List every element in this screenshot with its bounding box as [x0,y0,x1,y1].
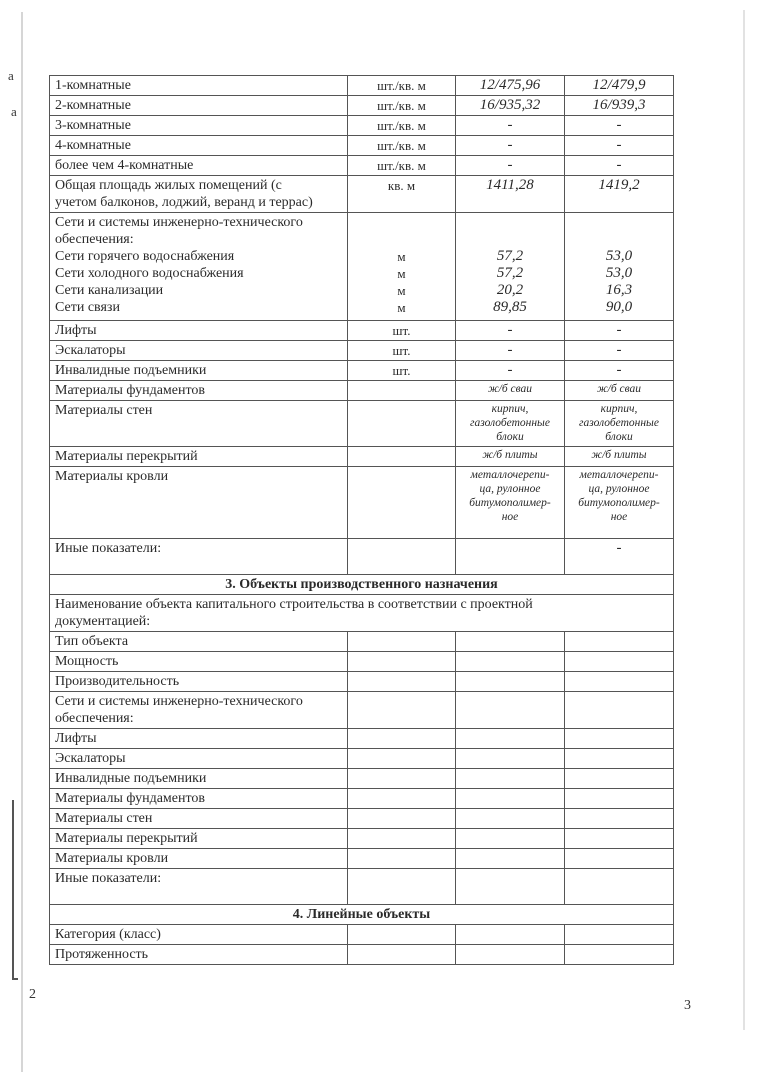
table-row: Иные показатели: [50,869,674,905]
cell-line: 89,85 [461,299,559,316]
cell-line: металлочерепи- [461,468,559,482]
unit-cell [348,467,456,539]
value-cell: - [565,136,674,156]
value-cell: 12/479,9 [565,76,674,96]
table-row: 4-комнатныешт./кв. м-- [50,136,674,156]
cell-line: Сети и системы инженерно-технического [55,693,342,710]
table-cell [348,809,456,829]
table-row: 1-комнатныешт./кв. м12/475,9612/479,9 [50,76,674,96]
row-label: Производительность [50,672,348,692]
table-row: Материалы перекрытий [50,829,674,849]
cell-line: газолобетонные [570,416,668,430]
value-cell: - [456,156,565,176]
table-cell [565,769,674,789]
table-cell [348,829,456,849]
cell-line: м [353,265,450,282]
cell-line: Общая площадь жилых помещений (с [55,177,342,194]
unit-cell: шт./кв. м [348,116,456,136]
row-label: Материалы перекрытий [50,447,348,467]
table-row: Материалы стен [50,809,674,829]
row-label: Инвалидные подъемники [50,361,348,381]
cell-line: документацией: [55,613,668,630]
table-cell [565,729,674,749]
table-cell [565,652,674,672]
section-header: 3. Объекты производственного назначения [50,575,674,595]
table-row: 3-комнатныешт./кв. м-- [50,116,674,136]
value-cell: - [565,116,674,136]
page-fold-line-right [743,10,745,1030]
cell-line: м [353,282,450,299]
table-cell [565,829,674,849]
value-cell: 53,053,016,390,0 [565,213,674,321]
value-cell: 16/935,32 [456,96,565,116]
value-cell: - [456,361,565,381]
table-row: Эскалаторышт.-- [50,341,674,361]
table-cell [456,692,565,729]
cell-line: кирпич, [570,402,668,416]
row-label: Иные показатели: [50,539,348,575]
page-fold-line-left [21,12,23,1072]
value-cell: - [565,341,674,361]
table-row: Сети и системы инженерно-техническогообе… [50,692,674,729]
cell-line: учетом балконов, лоджий, веранд и террас… [55,194,342,211]
table-cell [456,925,565,945]
cell-line: ное [570,510,668,524]
value-cell [456,539,565,575]
margin-mark: а [8,68,14,84]
cell-line: 57,2 [461,265,559,282]
table-cell [456,769,565,789]
unit-cell: шт. [348,321,456,341]
row-label: более чем 4-комнатные [50,156,348,176]
margin-mark: а [11,104,17,120]
table-cell [456,632,565,652]
table-cell [348,769,456,789]
cell-line: 53,0 [570,265,668,282]
table-row: Материалы фундаментов [50,789,674,809]
row-label: Наименование объекта капитального строит… [50,595,674,632]
cell-line: кирпич, [461,402,559,416]
table-cell [348,749,456,769]
row-label: Общая площадь жилых помещений (сучетом б… [50,176,348,213]
cell-line: металлочерепи- [570,468,668,482]
table-row: Протяженность [50,945,674,965]
cell-line: Сети канализации [55,282,342,299]
table-cell [565,692,674,729]
table-cell [456,652,565,672]
cell-line: газолобетонные [461,416,559,430]
unit-cell: шт. [348,361,456,381]
value-cell: - [565,361,674,381]
cell-line: ное [461,510,559,524]
cell-line [570,231,668,248]
table-row: Сети и системы инженерно-техническогообе… [50,213,674,321]
row-label: Материалы фундаментов [50,381,348,401]
table-row: Мощность [50,652,674,672]
table-cell [348,652,456,672]
value-cell: - [456,321,565,341]
table-row: Лифтышт.-- [50,321,674,341]
cell-line [461,231,559,248]
value-cell: металлочерепи-ца, рулонноебитумополимер-… [456,467,565,539]
value-cell: 12/475,96 [456,76,565,96]
unit-cell: кв. м [348,176,456,213]
cell-line [461,214,559,231]
unit-cell: шт./кв. м [348,136,456,156]
table-cell [565,749,674,769]
table-cell [565,809,674,829]
table-cell [456,849,565,869]
section-title: 3. Объекты производственного назначения [50,575,674,595]
table-cell [565,672,674,692]
row-label: Материалы стен [50,401,348,447]
value-cell: 1419,2 [565,176,674,213]
value-cell: кирпич,газолобетонныеблоки [456,401,565,447]
table-row: более чем 4-комнатныешт./кв. м-- [50,156,674,176]
unit-cell: шт./кв. м [348,76,456,96]
row-label: Сети и системы инженерно-техническогообе… [50,692,348,729]
table-cell [348,869,456,905]
row-label: Тип объекта [50,632,348,652]
page-number-right: 3 [684,998,691,1014]
value-cell: 57,257,220,289,85 [456,213,565,321]
cell-line: блоки [461,430,559,444]
cell-line: 90,0 [570,299,668,316]
value-cell: ж/б плиты [456,447,565,467]
table-row: Лифты [50,729,674,749]
value-cell: ж/б сваи [456,381,565,401]
table-cell [565,945,674,965]
table-cell [348,729,456,749]
table-cell [456,672,565,692]
row-label: Мощность [50,652,348,672]
unit-cell: мммм [348,213,456,321]
table-cell [348,925,456,945]
row-label: Материалы кровли [50,467,348,539]
unit-cell: шт./кв. м [348,96,456,116]
section-header: 4. Линейные объекты [50,905,674,925]
table-cell [456,749,565,769]
table-row: Материалы перекрытийж/б плитыж/б плиты [50,447,674,467]
row-label: 4-комнатные [50,136,348,156]
table-row: Иные показатели:- [50,539,674,575]
row-label: Категория (класс) [50,925,348,945]
object-indicators-table: 1-комнатныешт./кв. м12/475,9612/479,92-к… [49,75,674,965]
table-cell [565,869,674,905]
value-cell: - [565,156,674,176]
table-row: Категория (класс) [50,925,674,945]
cell-line: 53,0 [570,248,668,265]
table-row: Материалы фундаментовж/б сваиж/б сваи [50,381,674,401]
cell-line: ца, рулонное [461,482,559,496]
table-cell [456,789,565,809]
row-label: Материалы фундаментов [50,789,348,809]
value-cell: ж/б сваи [565,381,674,401]
section-title: 4. Линейные объекты [50,905,674,925]
value-cell: - [456,341,565,361]
table-cell [348,692,456,729]
row-label: Лифты [50,321,348,341]
value-cell: - [456,116,565,136]
value-cell: - [456,136,565,156]
table-row: Эскалаторы [50,749,674,769]
table-row: Материалы кровлиметаллочерепи-ца, рулонн… [50,467,674,539]
table-cell [348,849,456,869]
table-row: Материалы стенкирпич,газолобетонныеблоки… [50,401,674,447]
cell-line: 20,2 [461,282,559,299]
row-label: Материалы кровли [50,849,348,869]
unit-cell: шт./кв. м [348,156,456,176]
table-cell [456,945,565,965]
table-row: Общая площадь жилых помещений (сучетом б… [50,176,674,213]
cell-line: битумополимер- [461,496,559,510]
cell-line: Сети связи [55,299,342,316]
row-label: 1-комнатные [50,76,348,96]
cell-line: Сети и системы инженерно-технического [55,214,342,231]
table-row: 2-комнатныешт./кв. м16/935,3216/939,3 [50,96,674,116]
cell-line: 16,3 [570,282,668,299]
cell-line: Сети горячего водоснабжения [55,248,342,265]
table-cell [456,729,565,749]
table-cell [456,869,565,905]
margin-bracket [12,978,18,980]
table-row: Производительность [50,672,674,692]
table-row: Материалы кровли [50,849,674,869]
unit-cell [348,539,456,575]
row-label: Инвалидные подъемники [50,769,348,789]
table-row: Инвалидные подъемникишт.-- [50,361,674,381]
table-cell [348,945,456,965]
page-number-left: 2 [29,987,36,1003]
row-label: 2-комнатные [50,96,348,116]
cell-line: обеспечения: [55,231,342,248]
value-cell: - [565,539,674,575]
cell-line [353,214,450,231]
cell-line: битумополимер- [570,496,668,510]
row-label: Лифты [50,729,348,749]
unit-cell [348,381,456,401]
value-cell: кирпич,газолобетонныеблоки [565,401,674,447]
cell-line [353,231,450,248]
row-label: Материалы перекрытий [50,829,348,849]
cell-line: м [353,299,450,316]
cell-line [570,214,668,231]
table-row: Тип объекта [50,632,674,652]
value-cell: - [565,321,674,341]
value-cell: 1411,28 [456,176,565,213]
row-label: Сети и системы инженерно-техническогообе… [50,213,348,321]
table-cell [456,809,565,829]
cell-line: м [353,248,450,265]
cell-line: Наименование объекта капитального строит… [55,596,668,613]
row-label: Эскалаторы [50,341,348,361]
unit-cell: шт. [348,341,456,361]
table-cell [456,829,565,849]
row-label: Материалы стен [50,809,348,829]
value-cell: 16/939,3 [565,96,674,116]
row-label: Иные показатели: [50,869,348,905]
table-cell [348,672,456,692]
row-label: Эскалаторы [50,749,348,769]
row-label: Протяженность [50,945,348,965]
row-label: 3-комнатные [50,116,348,136]
margin-bracket [12,800,14,980]
table-cell [565,632,674,652]
table-row: Инвалидные подъемники [50,769,674,789]
cell-line: ца, рулонное [570,482,668,496]
table-cell [565,789,674,809]
unit-cell [348,401,456,447]
cell-line: блоки [570,430,668,444]
cell-line: Сети холодного водоснабжения [55,265,342,282]
cell-line: 57,2 [461,248,559,265]
table-cell [348,632,456,652]
cell-line: обеспечения: [55,710,342,727]
unit-cell [348,447,456,467]
value-cell: металлочерепи-ца, рулонноебитумополимер-… [565,467,674,539]
value-cell: ж/б плиты [565,447,674,467]
table-row: Наименование объекта капитального строит… [50,595,674,632]
table-cell [348,789,456,809]
table-cell [565,849,674,869]
table-cell [565,925,674,945]
